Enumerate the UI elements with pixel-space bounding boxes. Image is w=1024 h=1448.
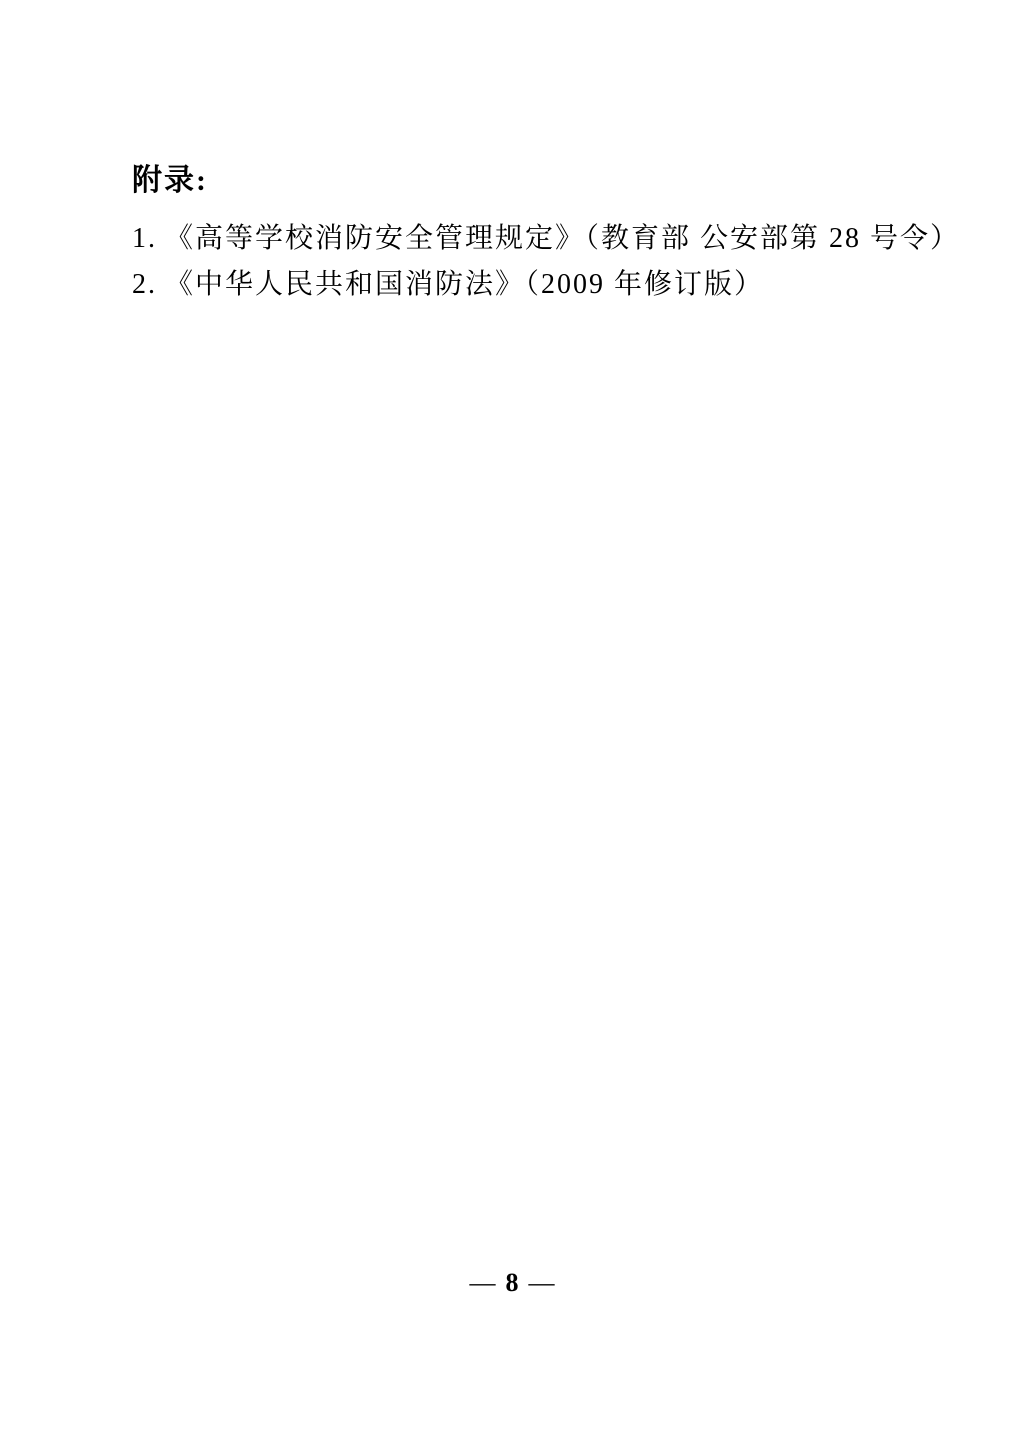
- list-item: 1.《高等学校消防安全管理规定》（教育部 公安部第 28 号令）: [132, 216, 928, 262]
- document-page: 附录: 1.《高等学校消防安全管理规定》（教育部 公安部第 28 号令） 2.《…: [0, 0, 1024, 1448]
- page-content: 附录: 1.《高等学校消防安全管理规定》（教育部 公安部第 28 号令） 2.《…: [132, 162, 928, 308]
- footer-dash-right: —: [519, 1268, 565, 1297]
- list-item-number: 1.: [132, 223, 157, 254]
- page-footer: —8—: [0, 1268, 1024, 1298]
- appendix-heading: 附录:: [132, 162, 928, 200]
- footer-page-number: 8: [506, 1268, 519, 1297]
- list-item-text: 《中华人民共和国消防法》（2009 年修订版）: [165, 269, 764, 300]
- list-item-text: 《高等学校消防安全管理规定》（教育部 公安部第 28 号令）: [165, 223, 960, 254]
- list-item: 2.《中华人民共和国消防法》（2009 年修订版）: [132, 262, 928, 308]
- list-item-number: 2.: [132, 269, 157, 300]
- footer-dash-left: —: [460, 1268, 506, 1297]
